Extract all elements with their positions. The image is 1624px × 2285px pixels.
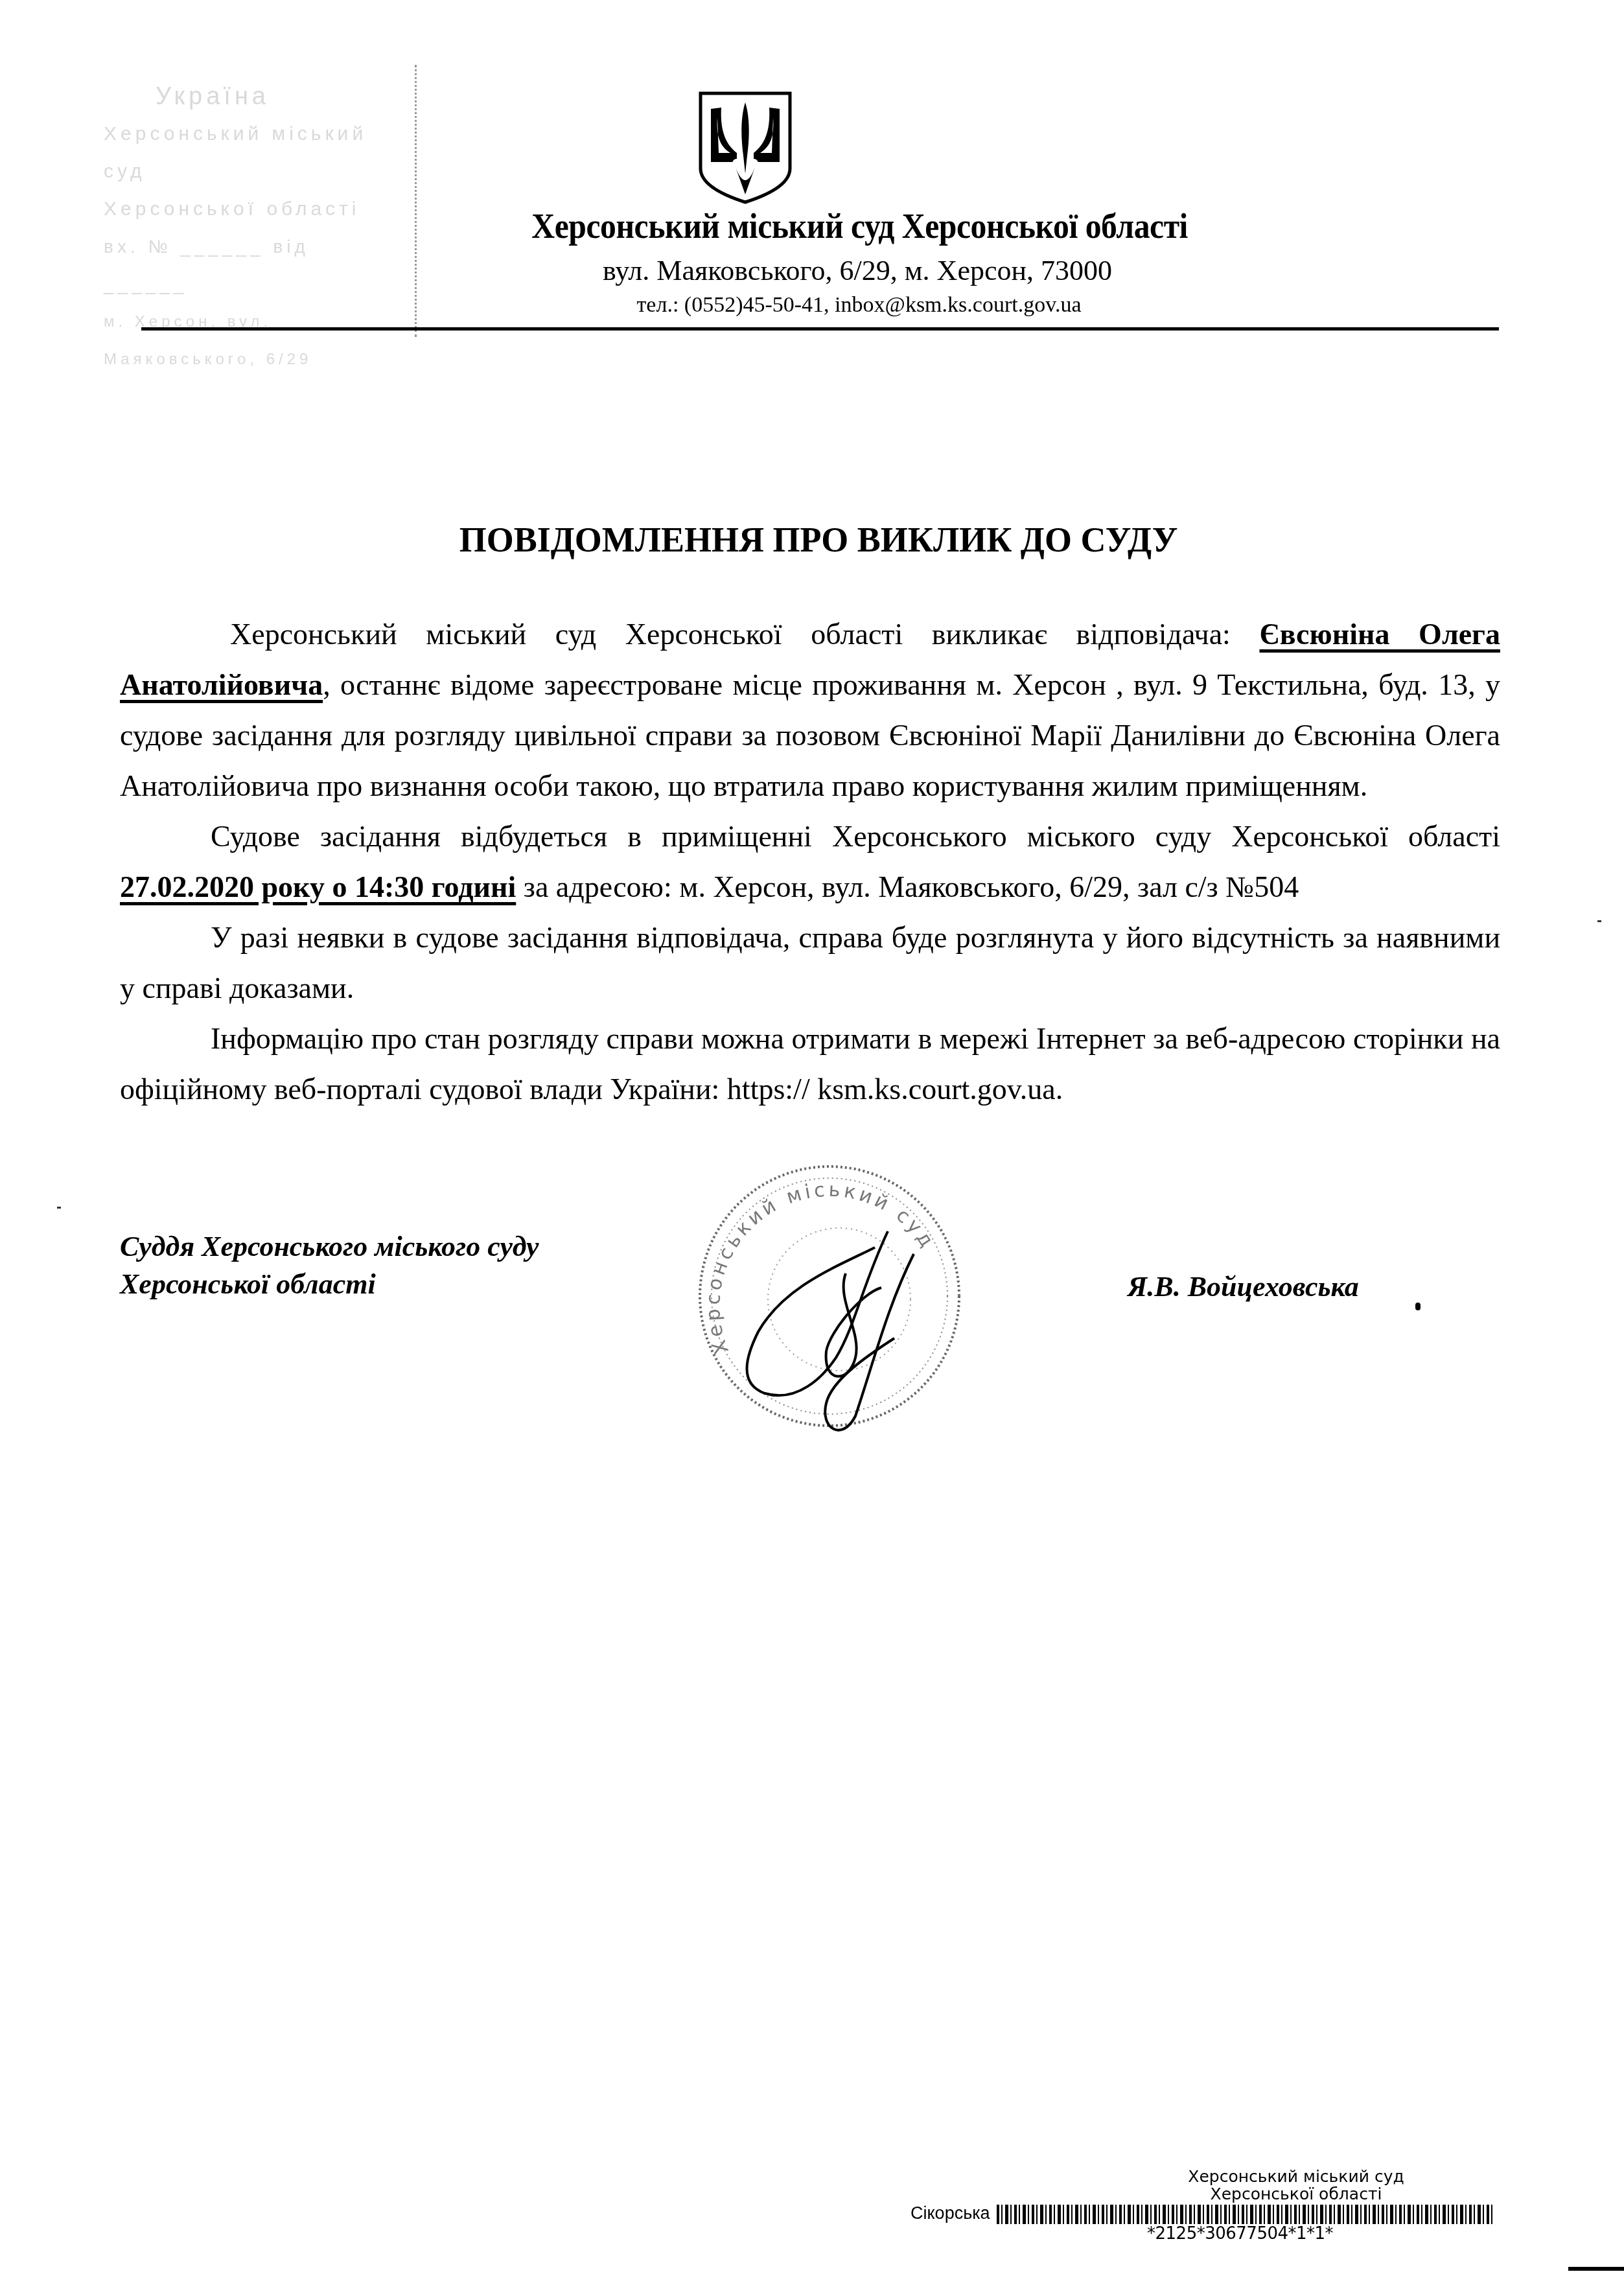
- judge-title-line1: Суддя Херсонського міського суду: [120, 1228, 539, 1266]
- court-name: Херсонський міський суд Херсонської обла…: [65, 206, 1559, 246]
- hearing-intro: Судове засідання відбудеться в приміщенн…: [211, 820, 1500, 853]
- paragraph-summons: Херсонський міський суд Херсонської обла…: [120, 609, 1500, 811]
- barcode-org-line2: Херсонської області: [1102, 2185, 1491, 2203]
- judge-title: Суддя Херсонського міського суду Херсонс…: [120, 1228, 539, 1303]
- summons-intro: Херсонський міський суд Херсонської обла…: [230, 618, 1260, 651]
- barcode: [997, 2205, 1492, 2224]
- court-contacts: тел.: (0552)45-50-41, inbox@ksm.ks.court…: [0, 293, 1624, 318]
- judge-title-line2: Херсонської області: [120, 1266, 539, 1303]
- court-name-text: Херсонський міський суд Херсонської обла…: [436, 207, 1188, 246]
- header-divider: [141, 327, 1499, 331]
- ink-dot: [1415, 1303, 1421, 1310]
- barcode-organization: Херсонський міський суд Херсонської обла…: [1102, 2168, 1491, 2203]
- paragraph-hearing: Судове засідання відбудеться в приміщенн…: [120, 811, 1500, 912]
- barcode-sender-name: Сікорська: [911, 2203, 990, 2223]
- court-address-text: вул. Маяковського, 6/29, м. Херсон, 7300…: [512, 255, 1112, 286]
- corner-scan-mark: [1568, 2267, 1624, 2271]
- court-seal-with-signature: Херсонський міський суд: [667, 1137, 992, 1448]
- scan-mark: [1597, 920, 1601, 922]
- document-body: Херсонський міський суд Херсонської обла…: [120, 609, 1500, 1115]
- stamp-line: Херсонський міський суд: [104, 115, 376, 191]
- hearing-datetime: 27.02.2020 року о 14:30 годині: [120, 870, 516, 903]
- barcode-org-line1: Херсонський міський суд: [1102, 2168, 1491, 2185]
- paragraph-absence: У разі неявки в судове засідання відпові…: [120, 912, 1500, 1014]
- coat-of-arms-icon: [697, 91, 794, 204]
- barcode-number: *2125*30677504*1*1*: [1147, 2224, 1333, 2244]
- scan-mark: [57, 1207, 61, 1209]
- judge-name: Я.В. Войцеховська: [1128, 1270, 1359, 1303]
- paragraph-info: Інформацію про стан розгляду справи можн…: [120, 1014, 1500, 1115]
- document-title-text: ПОВІДОМЛЕННЯ ПРО ВИКЛИК ДО СУДУ: [447, 520, 1178, 559]
- hearing-location: за адресою: м. Херсон, вул. Маяковського…: [516, 870, 1299, 903]
- summons-details: , останнє відоме зареєстроване місце про…: [120, 668, 1500, 802]
- court-address: вул. Маяковського, 6/29, м. Херсон, 7300…: [0, 254, 1624, 287]
- document-title: ПОВІДОМЛЕННЯ ПРО ВИКЛИК ДО СУДУ: [0, 520, 1624, 560]
- stamp-line: Україна: [104, 78, 376, 115]
- court-contacts-text: тел.: (0552)45-50-41, inbox@ksm.ks.court…: [542, 293, 1081, 317]
